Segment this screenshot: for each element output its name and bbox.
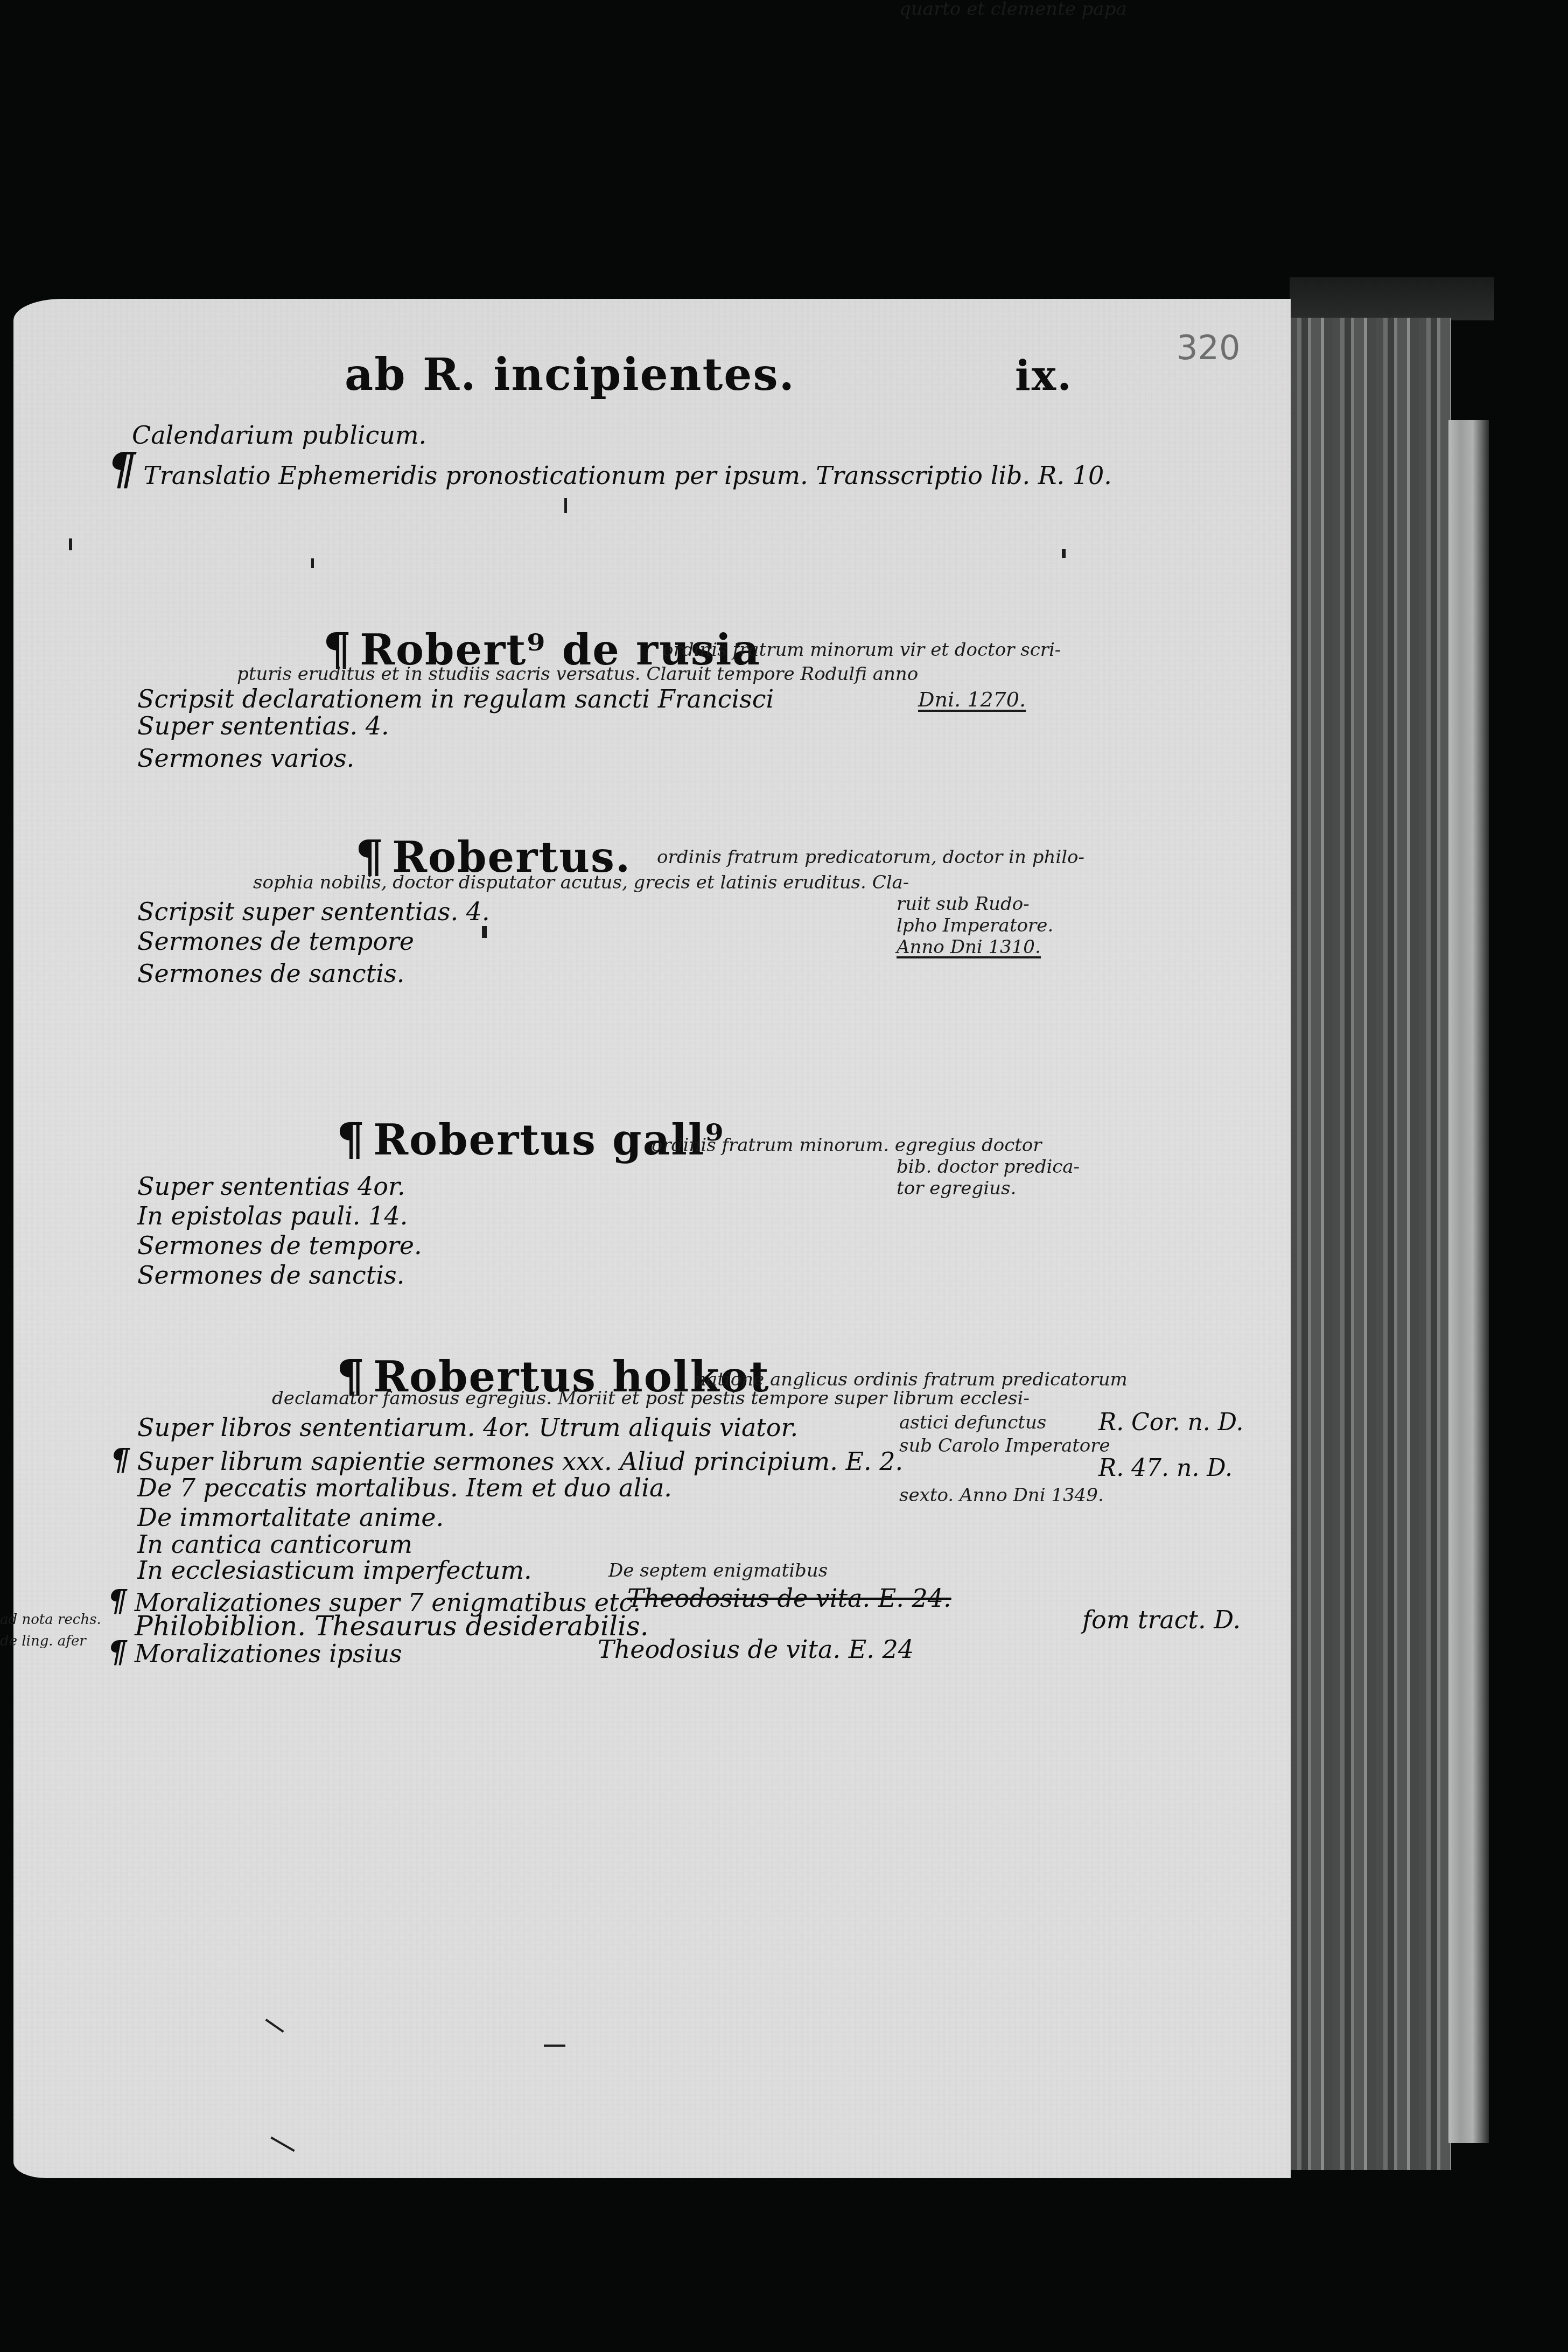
section-description: pturis eruditus et in studiis sacris ver… [237,665,918,683]
ink-mark [69,538,72,550]
side-note: astici defunctus [899,1413,1046,1432]
side-note: lpho Imperatore. [897,916,1053,935]
work-entry: De 7 peccatis mortalibus. Item et duo al… [137,1475,672,1500]
pilcrow-icon: ¶ [108,1583,127,1619]
top-entry-text: Translatio Ephemeridis pronosticationum … [143,461,1112,490]
side-note: quarto et clemente papa [899,0,1127,18]
pilcrow-icon: ¶ [108,443,136,495]
shelfmark-reference: R. 47. n. D. [1098,1457,1233,1480]
side-note: bib. doctor predica- [897,1158,1080,1176]
ink-mark [564,498,567,513]
shelfmark-reference: R. Cor. n. D. [1098,1411,1243,1434]
side-note: tor egregius. [897,1179,1016,1198]
side-note: Anno Dni 1310. [897,938,1041,958]
side-note: sexto. Anno Dni 1349. [899,1486,1104,1504]
book-fore-edge [1290,318,1451,2170]
pilcrow-icon: ¶ [337,1114,366,1165]
section-description: ordinis fratrum minorum vir et doctor sc… [662,641,1061,659]
section-description: sophia nobilis, doctor disputator acutus… [253,873,909,892]
ink-mark [482,926,487,938]
date-note: Dni. 1270. [918,689,1026,712]
work-entry: ¶Super librum sapientie sermones xxx. Al… [110,1445,903,1475]
section-description: declamator famosus egregius. Moriit et p… [272,1389,1030,1408]
work-entry: Sermones de sanctis. [137,1263,404,1287]
interlinear-insert: De septem enigmatibus [608,1562,828,1580]
work-entry: In epistolas pauli. 14. [137,1203,408,1228]
work-entry: Super libros sententiarum. 4or. Utrum al… [137,1415,798,1440]
left-margin-note: de ling. afer [0,1634,86,1648]
work-entry: Scripsit declarationem in regulam sancti… [137,687,774,711]
far-right-note: fom tract. D. [1082,1607,1241,1632]
book-top-edge [1290,277,1494,320]
work-entry: In cantica canticorum [137,1532,412,1557]
pilcrow-icon: ¶ [108,1634,127,1670]
work-entry: Scripsit super sententias. 4. [137,899,490,924]
ink-mark [544,2045,565,2047]
top-entry: ¶Translatio Ephemeridis pronosticationum… [108,447,1112,491]
running-title: ab R. incipientes. [345,353,795,397]
work-entry: Sermones de tempore. [137,1233,422,1258]
side-note: ruit sub Rudo- [897,895,1030,913]
work-entry: Super sententias 4or. [137,1174,405,1199]
work-entry: Sermones varios. [137,746,354,771]
work-entry: Philobiblion. Thesaurus desiderabilis. [135,1613,649,1640]
pilcrow-icon: ¶ [110,1442,130,1478]
left-margin-note: ad nota rechs. [0,1613,101,1627]
section-description: natione anglicus ordinis fratrum predica… [695,1370,1128,1389]
work-entry: Sermones de tempore [137,929,414,954]
struck-reference: Theodosius de vita. E. 24. [627,1586,951,1611]
work-entry: Sermones de sanctis. [137,961,404,986]
book-fore-edge-light-strip [1448,420,1489,2143]
ink-mark [1062,549,1066,558]
section-number: ix. [1015,355,1073,396]
work-entry: ¶Moralizationes ipsius [108,1637,402,1667]
work-entry: Super sententias. 4. [137,713,389,738]
work-entry-text: Moralizationes ipsius [135,1639,402,1668]
folio-number: 320 [1177,331,1240,365]
section-description: ordinis fratrum predicatorum, doctor in … [657,848,1084,866]
work-entry: In ecclesiasticum imperfectum. [137,1558,532,1583]
work-entry: De immortalitate anime. [137,1505,444,1530]
ink-mark [311,558,314,568]
cross-reference: Theodosius de vita. E. 24 [598,1637,914,1662]
work-entry-text: Super librum sapientie sermones xxx. Ali… [137,1447,903,1476]
side-note: sub Carolo Imperatore [899,1437,1110,1455]
section-description: ordinis fratrum minorum. egregius doctor [652,1136,1042,1154]
top-entry: Calendarium publicum. [132,423,426,447]
